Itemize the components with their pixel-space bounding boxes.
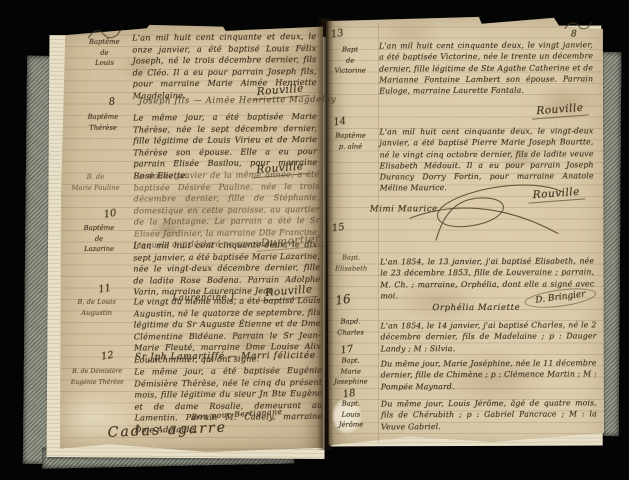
signature-flourish	[400, 173, 570, 244]
entry-margin-note: Bapd. Charles	[326, 316, 374, 337]
left-page-text-layer: Baptême de Louis L'an mil huit cent cinq…	[58, 23, 325, 453]
entry-body-text: L'an mil huit cent cinquante deux, le vi…	[379, 39, 593, 97]
entry-header: Sr Jph Lamartiffé — Marri félicitée	[135, 351, 316, 363]
entry-margin-note: Baptême p. aîné	[325, 130, 375, 151]
entry-margin-note: B. de Marie Pauline	[59, 172, 131, 194]
entry-number: 13	[330, 28, 344, 41]
right-page-text-layer: 8 13 Bapt de Victorine L'an mil huit cen…	[325, 15, 605, 448]
register-scan-photo: Baptême de Louis L'an mil huit cent cinq…	[0, 0, 629, 480]
entry-body-text: L'an 1854, le 14 janvier, j'ai baptisé C…	[380, 319, 596, 354]
entry-subline: Orphélia Mariette	[432, 303, 520, 313]
entry-number: 14	[333, 116, 347, 129]
entry-number: 12	[100, 350, 114, 363]
entry-margin-note: Baptême de Louis	[76, 37, 132, 69]
entry-margin-note: Baptême de Lazarine	[70, 223, 128, 255]
entry-margin-note: B. de Louis Augustin	[61, 297, 133, 319]
entry-number: 10	[103, 208, 117, 221]
entry-margin-note: B. de Démisière Eugénie Thérèse	[61, 367, 133, 389]
entry-margin-note: Bapt. Marie Josephine	[327, 355, 375, 387]
signature: Cadas agarre	[107, 420, 227, 441]
entry-margin-note: Baptême Thérèse	[75, 112, 131, 133]
entry-margin-note: Bapt de Victorine	[325, 44, 375, 76]
entry-number: 15	[331, 222, 345, 235]
entry-number: 11	[98, 283, 112, 296]
entry-margin-note: Bapt. Louis Jérôme	[327, 398, 375, 430]
folio-flourish-icon	[563, 19, 593, 31]
entry-body-text: Du même jour, Marie Joséphine, née le 11…	[381, 357, 597, 392]
entry-number: 16	[334, 292, 351, 308]
entry-subline: Joseph fils — Aimée Henriette Magdeloy	[139, 95, 337, 107]
signature: Rouville	[531, 101, 589, 119]
folio-number: 8	[571, 29, 577, 39]
entry-number: 8	[108, 96, 116, 108]
entry-body-text: Du même jour, Louis Jérôme, âgé de quatr…	[381, 397, 597, 432]
entry-margin-note: Bapt. Elisabeth	[326, 252, 376, 273]
entry-number: 17	[340, 344, 354, 357]
